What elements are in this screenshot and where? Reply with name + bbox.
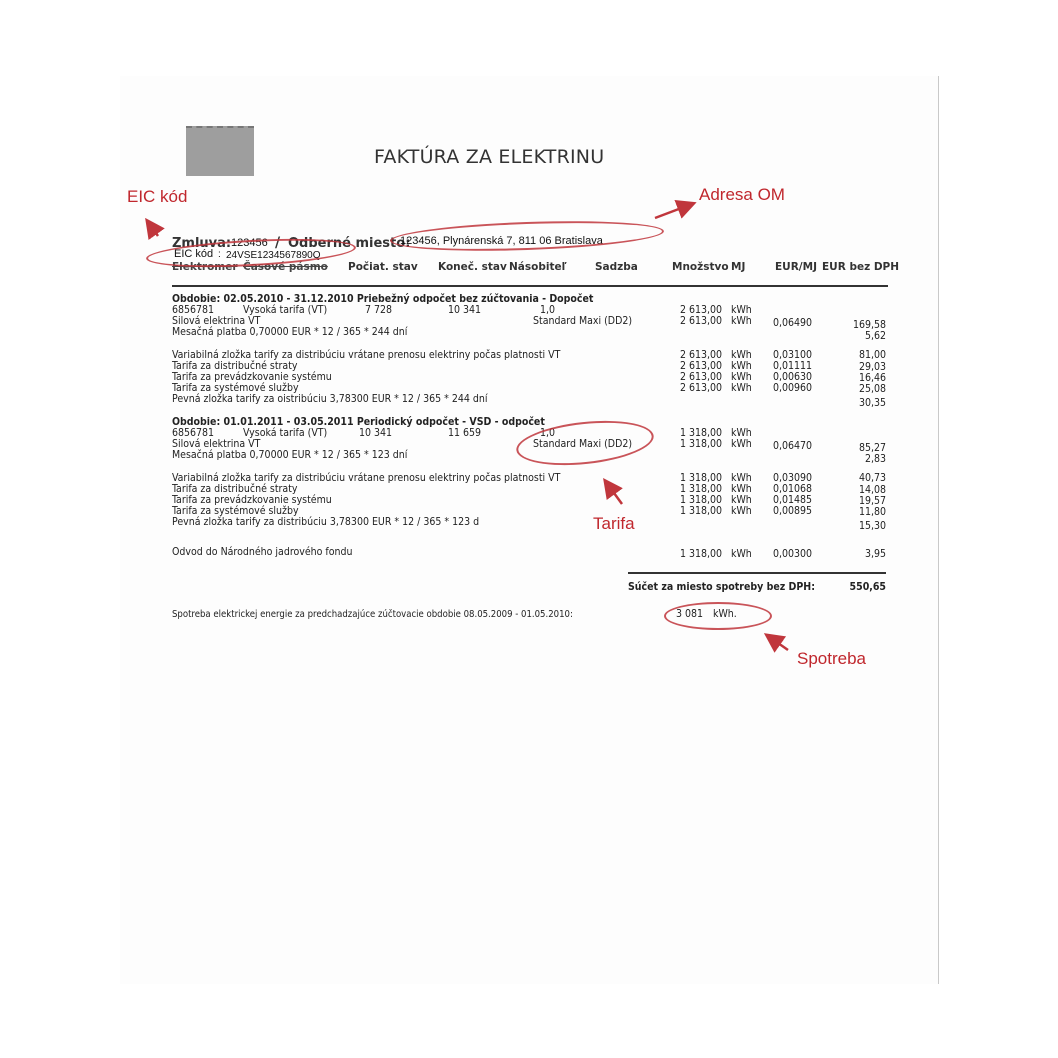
annotation-eic: EIC kód [127, 187, 187, 207]
annotation-address: Adresa OM [699, 185, 785, 205]
address-arrow-icon [655, 204, 692, 218]
eic-arrow-icon [148, 222, 158, 236]
tariff-arrow-icon [606, 482, 622, 504]
consumption-arrow-icon [768, 636, 788, 650]
annotation-tariff: Tarifa [593, 514, 635, 534]
annotation-arrows [0, 0, 1058, 1058]
annotation-consumption: Spotreba [797, 649, 866, 669]
